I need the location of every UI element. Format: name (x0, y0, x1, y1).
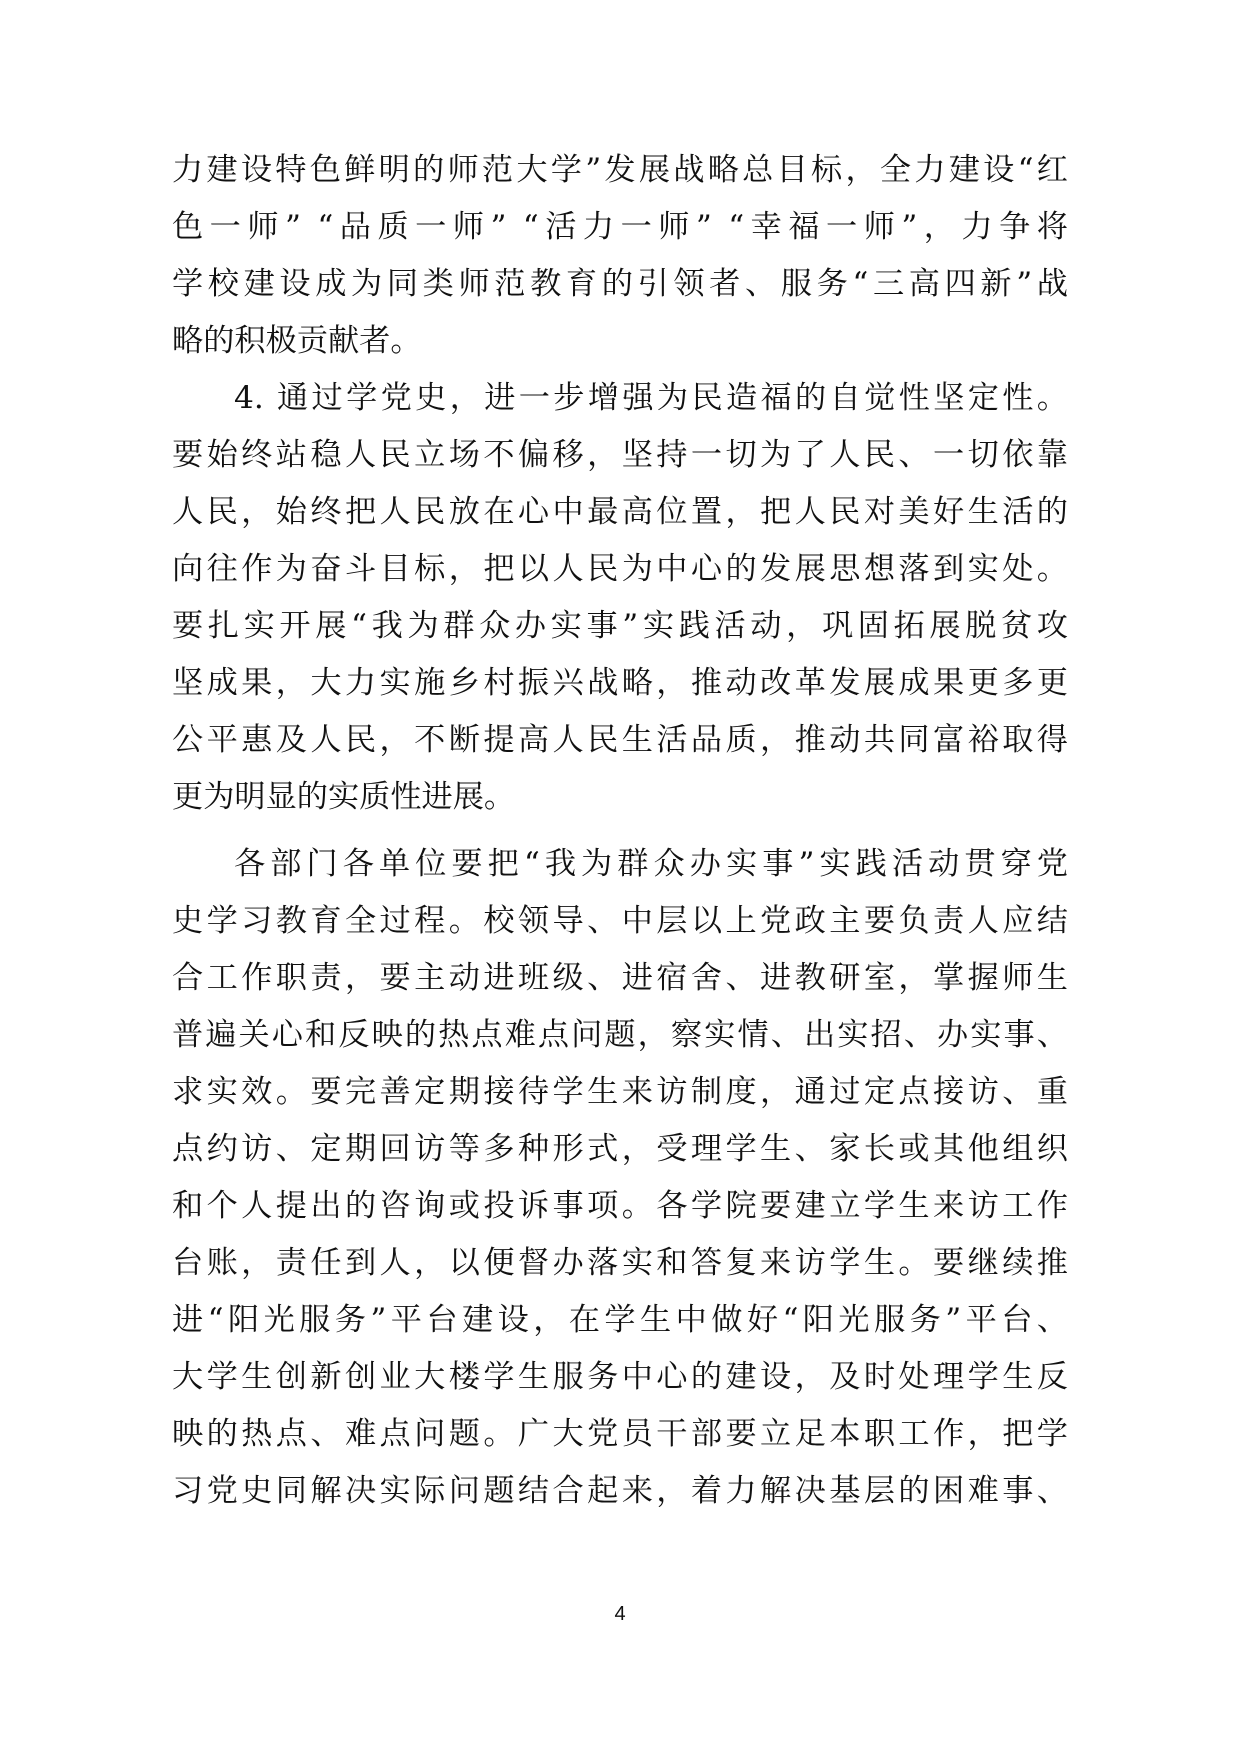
text-line: 色一师” “品质一师” “活力一师” “幸福一师”，力争将 (172, 207, 1068, 247)
text-line: 映的热点、难点问题。广大党员干部要立足本职工作，把学 (172, 1414, 1068, 1454)
section-heading-line: 4. 通过学党史，进一步增强为民造福的自觉性坚定性。 (234, 378, 1068, 418)
text-line: 普遍关心和反映的热点难点问题，察实情、出实招、办实事、 (172, 1015, 1068, 1055)
text-line: 台账，责任到人，以便督办落实和答复来访学生。要继续推 (172, 1243, 1068, 1283)
text-line: 求实效。要完善定期接待学生来访制度，通过定点接访、重 (172, 1072, 1068, 1112)
text-line: 向往作为奋斗目标，把以人民为中心的发展思想落到实处。 (172, 549, 1068, 589)
text-line: 公平惠及人民，不断提高人民生活品质，推动共同富裕取得 (172, 720, 1068, 760)
text-line: 坚成果，大力实施乡村振兴战略，推动改革发展成果更多更 (172, 663, 1068, 703)
text-line: 习党史同解决实际问题结合起来，着力解决基层的困难事、 (172, 1471, 1068, 1511)
text-line: 进“阳光服务”平台建设，在学生中做好“阳光服务”平台、 (172, 1300, 1068, 1340)
text-line: 和个人提出的咨询或投诉事项。各学院要建立学生来访工作 (172, 1186, 1068, 1226)
text-line: 合工作职责，要主动进班级、进宿舍、进教研室，掌握师生 (172, 958, 1068, 998)
paragraph-start-line: 各部门各单位要把“我为群众办实事”实践活动贯穿党 (234, 844, 1068, 884)
document-page: 力建设特色鲜明的师范大学”发展战略总目标，全力建设“红 色一师” “品质一师” … (0, 0, 1241, 1755)
text-line: 学校建设成为同类师范教育的引领者、服务“三高四新”战 (172, 264, 1068, 304)
text-line: 要扎实开展“我为群众办实事”实践活动，巩固拓展脱贫攻 (172, 606, 1068, 646)
page-number: 4 (600, 1603, 640, 1626)
text-line: 大学生创新创业大楼学生服务中心的建设，及时处理学生反 (172, 1357, 1068, 1397)
text-line: 点约访、定期回访等多种形式，受理学生、家长或其他组织 (172, 1129, 1068, 1169)
text-line: 要始终站稳人民立场不偏移，坚持一切为了人民、一切依靠 (172, 435, 1068, 475)
text-line: 力建设特色鲜明的师范大学”发展战略总目标，全力建设“红 (172, 150, 1068, 190)
text-line: 更为明显的实质性进展。 (172, 777, 1068, 817)
text-line: 史学习教育全过程。校领导、中层以上党政主要负责人应结 (172, 901, 1068, 941)
text-line: 人民，始终把人民放在心中最高位置，把人民对美好生活的 (172, 492, 1068, 532)
text-line: 略的积极贡献者。 (172, 321, 1068, 361)
